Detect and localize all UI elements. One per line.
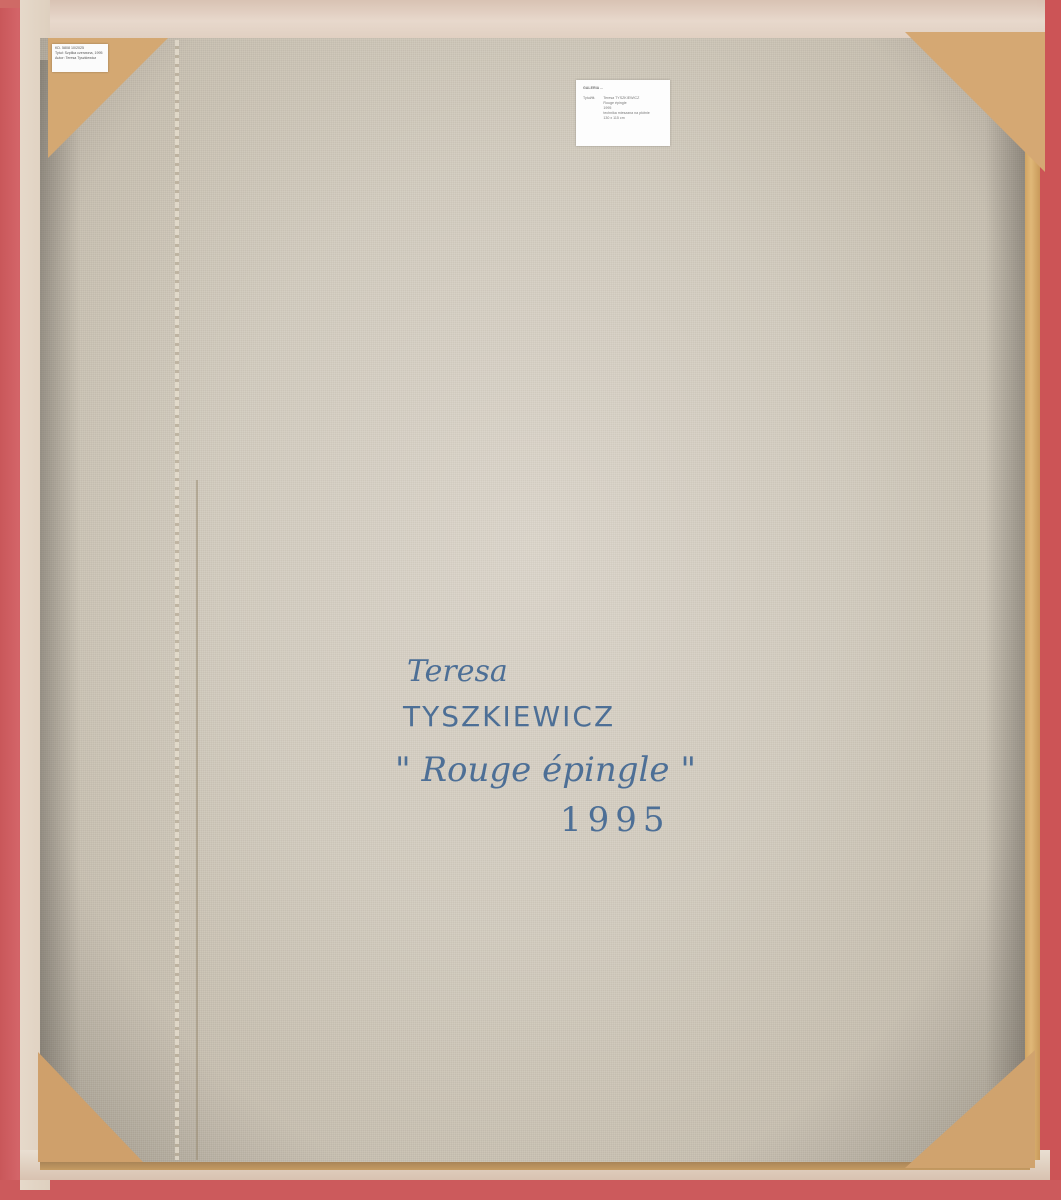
frame-right-edge — [1037, 0, 1061, 1200]
canvas-seam-line — [196, 480, 198, 1160]
inscription-surname: TYSZKIEWICZ — [403, 700, 615, 733]
gallery-label-field: Tytuł/tit. — [583, 96, 595, 121]
canvas-back — [40, 38, 1025, 1162]
canvas-fold-top — [25, 0, 1045, 42]
frame-bottom-edge — [0, 1180, 1061, 1200]
inscription-first-name: Teresa — [407, 654, 508, 689]
canvas-shadow-left — [40, 60, 80, 1140]
canvas-shadow-right — [985, 60, 1025, 1140]
inscription-year: 1995 — [560, 800, 671, 840]
gallery-label: GALERIA ... Tytuł/tit. Teresa TYSZKIEWIC… — [576, 80, 670, 146]
gallery-label-header: GALERIA ... — [583, 86, 663, 91]
gallery-label-size: 130 x 115 cm — [603, 116, 649, 121]
inscription-title: " Rouge épingle " — [395, 750, 696, 790]
canvas-seam — [175, 40, 179, 1160]
inventory-label-line3: Autor: Teresa Tyszkiewicz — [55, 56, 105, 61]
handwritten-inscription: Teresa TYSZKIEWICZ " Rouge épingle " 199… — [395, 650, 795, 870]
inventory-label: KD. 5808 10/2025 Tytuł: Szpilka czerwona… — [52, 44, 108, 72]
